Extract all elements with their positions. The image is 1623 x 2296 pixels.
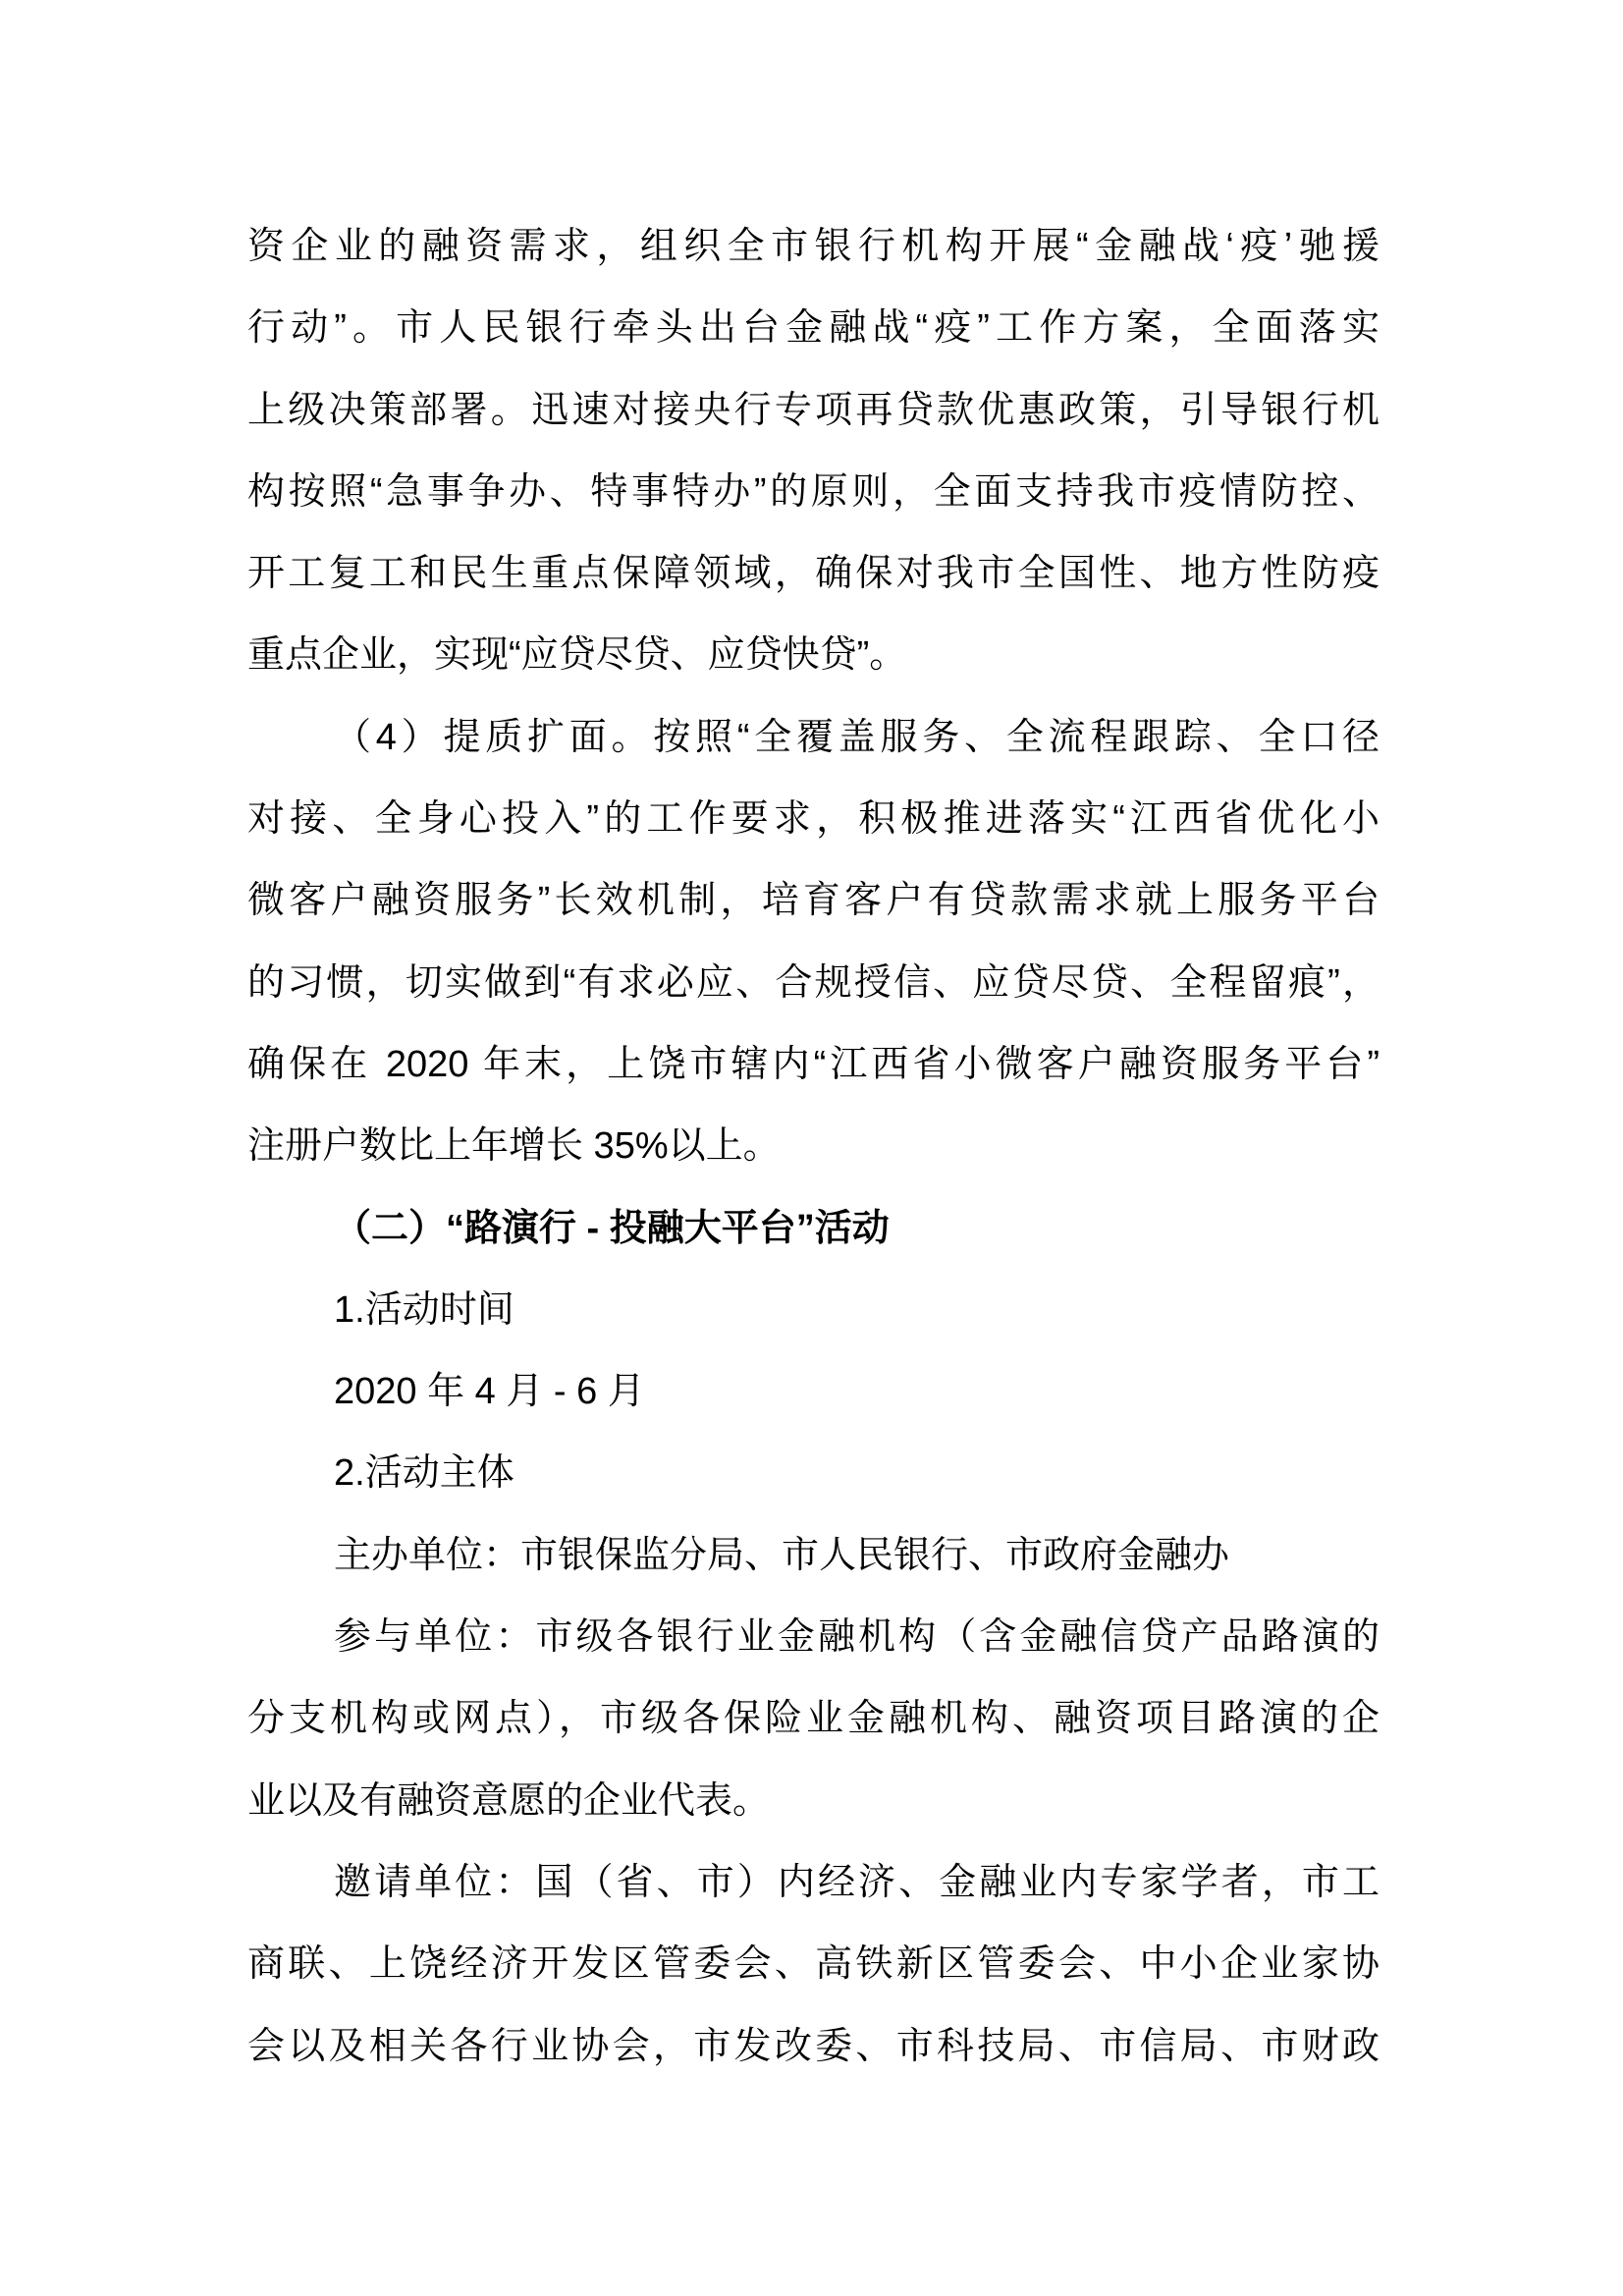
text-line: 资企业的融资需求，组织全市银行机构开展“金融战‘疫’驰援 bbox=[247, 206, 1380, 288]
text-line: 上级决策部署。迅速对接央行专项再贷款优惠政策，引导银行机 bbox=[247, 370, 1380, 452]
text-line: 注册户数比上年增长 35%以上。 bbox=[247, 1106, 1380, 1187]
text-line: 参与单位：市级各银行业金融机构（含金融信贷产品路演的 bbox=[247, 1597, 1380, 1678]
text-line: 确保在 2020 年末，上饶市辖内“江西省小微客户融资服务平台” bbox=[247, 1024, 1380, 1106]
text-line: 会以及相关各行业协会，市发改委、市科技局、市信局、市财政 bbox=[247, 2006, 1380, 2088]
text-line: （4）提质扩面。按照“全覆盖服务、全流程跟踪、全口径 bbox=[247, 697, 1380, 779]
text-line: 主办单位：市银保监分局、市人民银行、市政府金融办 bbox=[247, 1515, 1380, 1597]
text-line: 的习惯，切实做到“有求必应、合规授信、应贷尽贷、全程留痕”， bbox=[247, 943, 1380, 1024]
text-segment-fangsong: 工作方案 bbox=[990, 307, 1169, 349]
text-segment: ，全面落实 bbox=[1169, 307, 1380, 349]
text-segment: 行动”。市人民银行牵头出台金融战“疫” bbox=[247, 307, 990, 349]
text-line: 2020 年 4 月 - 6 月 bbox=[247, 1351, 1380, 1433]
text-line: 构按照“急事争办、特事特办”的原则，全面支持我市疫情防控、 bbox=[247, 452, 1380, 533]
text-line: 邀请单位：国（省、市）内经济、金融业内专家学者，市工 bbox=[247, 1842, 1380, 1924]
text-line: 1.活动时间 bbox=[247, 1270, 1380, 1351]
section-heading: （二）“路演行 - 投融大平台”活动 bbox=[247, 1188, 1380, 1270]
text-line: 商联、上饶经济开发区管委会、高铁新区管委会、中小企业家协 bbox=[247, 1924, 1380, 2005]
text-line: 微客户融资服务”长效机制，培育客户有贷款需求就上服务平台 bbox=[247, 860, 1380, 942]
text-line: 开工复工和民生重点保障领域，确保对我市全国性、地方性防疫 bbox=[247, 533, 1380, 615]
text-content: 资企业的融资需求，组织全市银行机构开展“金融战‘疫’驰援 行动”。市人民银行牵头… bbox=[247, 206, 1380, 2088]
text-line: 重点企业，实现“应贷尽贷、应贷快贷”。 bbox=[247, 615, 1380, 696]
text-line: 业以及有融资意愿的企业代表。 bbox=[247, 1761, 1380, 1842]
text-line: 分支机构或网点），市级各保险业金融机构、融资项目路演的企 bbox=[247, 1678, 1380, 1760]
text-line: 对接、全身心投入”的工作要求，积极推进落实“江西省优化小 bbox=[247, 779, 1380, 860]
text-line: 行动”。市人民银行牵头出台金融战“疫”工作方案，全面落实 bbox=[247, 288, 1380, 369]
text-line: 2.活动主体 bbox=[247, 1433, 1380, 1514]
document-page: 资企业的融资需求，组织全市银行机构开展“金融战‘疫’驰援 行动”。市人民银行牵头… bbox=[0, 0, 1623, 2296]
